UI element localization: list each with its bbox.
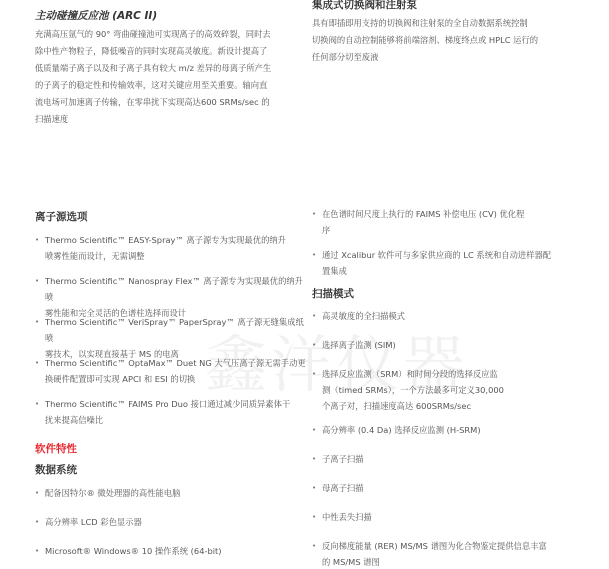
arc-line: 低质量端子离子以及和子离子具有较大 m/z 差异的母离子所产生 — [35, 60, 305, 77]
data-system-item: 高分辨率 LCD 彩色显示器 — [35, 514, 142, 530]
software-section-title: 软件特性 — [35, 441, 77, 456]
item-line: 选择反应监测（SRM）和时间分段的选择反应监 — [322, 366, 607, 382]
scan-mode-item: 中性丢失扫描 — [312, 509, 372, 525]
feature-item: 通过 Xcalibur 软件可与多家供应商的 LC 系统和自动进样器配 置集成 — [312, 247, 607, 279]
arc-line: 充满高压氩气的 90° 弯曲碰撞池可实现离子的高效碎裂，同时去 — [35, 26, 305, 43]
scan-mode-item: 反向梯度能量 (RER) MS/MS 谱图为化合物鉴定提供信息丰富 的 MS/M… — [312, 538, 607, 569]
data-system-title: 数据系统 — [35, 462, 77, 477]
item-line: 换硬件配置即可实现 APCI 和 ESI 的切换 — [45, 371, 310, 387]
ion-source-item: Thermo Scientific™ EASY-Spray™ 离子源专为实现最优… — [35, 232, 305, 264]
arc-line: 的子离子的稳定性和传输效率，这对关键应用至关重要。轴向直 — [35, 77, 305, 94]
item-line: Thermo Scientific™ FAIMS Pro Duo 接口通过减少同… — [45, 396, 310, 412]
valve-line: 切换阀的自动控制能够将前端溶剂、梯度终点或 HPLC 运行的 — [312, 32, 602, 49]
item-line: 在色谱时间尺度上执行的 FAIMS 补偿电压 (CV) 优化程 — [322, 206, 602, 222]
scan-mode-item: 母离子扫描 — [312, 480, 364, 496]
item-line: Thermo Scientific™ Nanospray Flex™ 离子源专为… — [45, 273, 310, 305]
valve-description: 具有即插即用支持的切换阀和注射泵的全自动数据系统控制 切换阀的自动控制能够将前端… — [312, 15, 602, 66]
arc-line: 除中性产物粒子，降低噪音的同时实现高灵敏度。新设计提高了 — [35, 43, 305, 60]
scan-mode-item: 选择反应监测（SRM）和时间分段的选择反应监 测（timed SRMs），一个方… — [312, 366, 607, 414]
scan-mode-item: 选择离子监测 (SIM) — [312, 337, 396, 353]
arc-line: 流电场可加速离子传输，在零串扰下实现高达600 SRMs/sec 的 — [35, 94, 305, 111]
scan-mode-item: 子离子扫描 — [312, 451, 364, 467]
arc-line: 扫描速度 — [35, 111, 305, 128]
valve-line: 具有即插即用支持的切换阀和注射泵的全自动数据系统控制 — [312, 15, 602, 32]
data-system-item: 配备因特尔® 微处理器的高性能电脑 — [35, 485, 180, 501]
feature-item: 在色谱时间尺度上执行的 FAIMS 补偿电压 (CV) 优化程 序 — [312, 206, 602, 238]
item-line: 置集成 — [322, 263, 607, 279]
item-line: 序 — [322, 222, 602, 238]
item-line: Thermo Scientific™ OptaMax™ Duet NG 大气压离… — [45, 355, 310, 371]
scan-mode-item: 高灵敏度的全扫描模式 — [312, 308, 405, 324]
item-line: 测（timed SRMs），一个方法最多可定义30,000 — [322, 382, 607, 398]
item-line: 喷雾性能而设计，无需调整 — [45, 248, 305, 264]
ion-source-title: 离子源选项 — [35, 209, 88, 224]
arc-description: 充满高压氩气的 90° 弯曲碰撞池可实现离子的高效碎裂，同时去 除中性产物粒子，… — [35, 26, 305, 128]
item-line: 通过 Xcalibur 软件可与多家供应商的 LC 系统和自动进样器配 — [322, 247, 607, 263]
valve-line: 任何部分切至废液 — [312, 49, 602, 66]
item-line: Thermo Scientific™ VeriSpray™ PaperSpray… — [45, 314, 310, 346]
item-line: 反向梯度能量 (RER) MS/MS 谱图为化合物鉴定提供信息丰富 — [322, 538, 607, 554]
ion-source-item: Thermo Scientific™ OptaMax™ Duet NG 大气压离… — [35, 355, 310, 387]
item-line: Thermo Scientific™ EASY-Spray™ 离子源专为实现最优… — [45, 232, 305, 248]
item-line: 的 MS/MS 谱图 — [322, 554, 607, 569]
item-line: 个离子对，扫描速度高达 600SRMs/sec — [322, 398, 607, 414]
data-system-item: Microsoft® Windows® 10 操作系统 (64-bit) — [35, 543, 222, 559]
ion-source-item: Thermo Scientific™ FAIMS Pro Duo 接口通过减少同… — [35, 396, 310, 428]
valve-title: 集成式切换阀和注射泵 — [312, 0, 417, 12]
item-line: 扰来提高信噪比 — [45, 412, 310, 428]
scan-modes-title: 扫描模式 — [312, 286, 354, 301]
arc-title: 主动碰撞反应池 (ARC II) — [35, 8, 157, 23]
scan-mode-item: 高分辨率 (0.4 Da) 选择反应监测 (H-SRM) — [312, 422, 481, 438]
